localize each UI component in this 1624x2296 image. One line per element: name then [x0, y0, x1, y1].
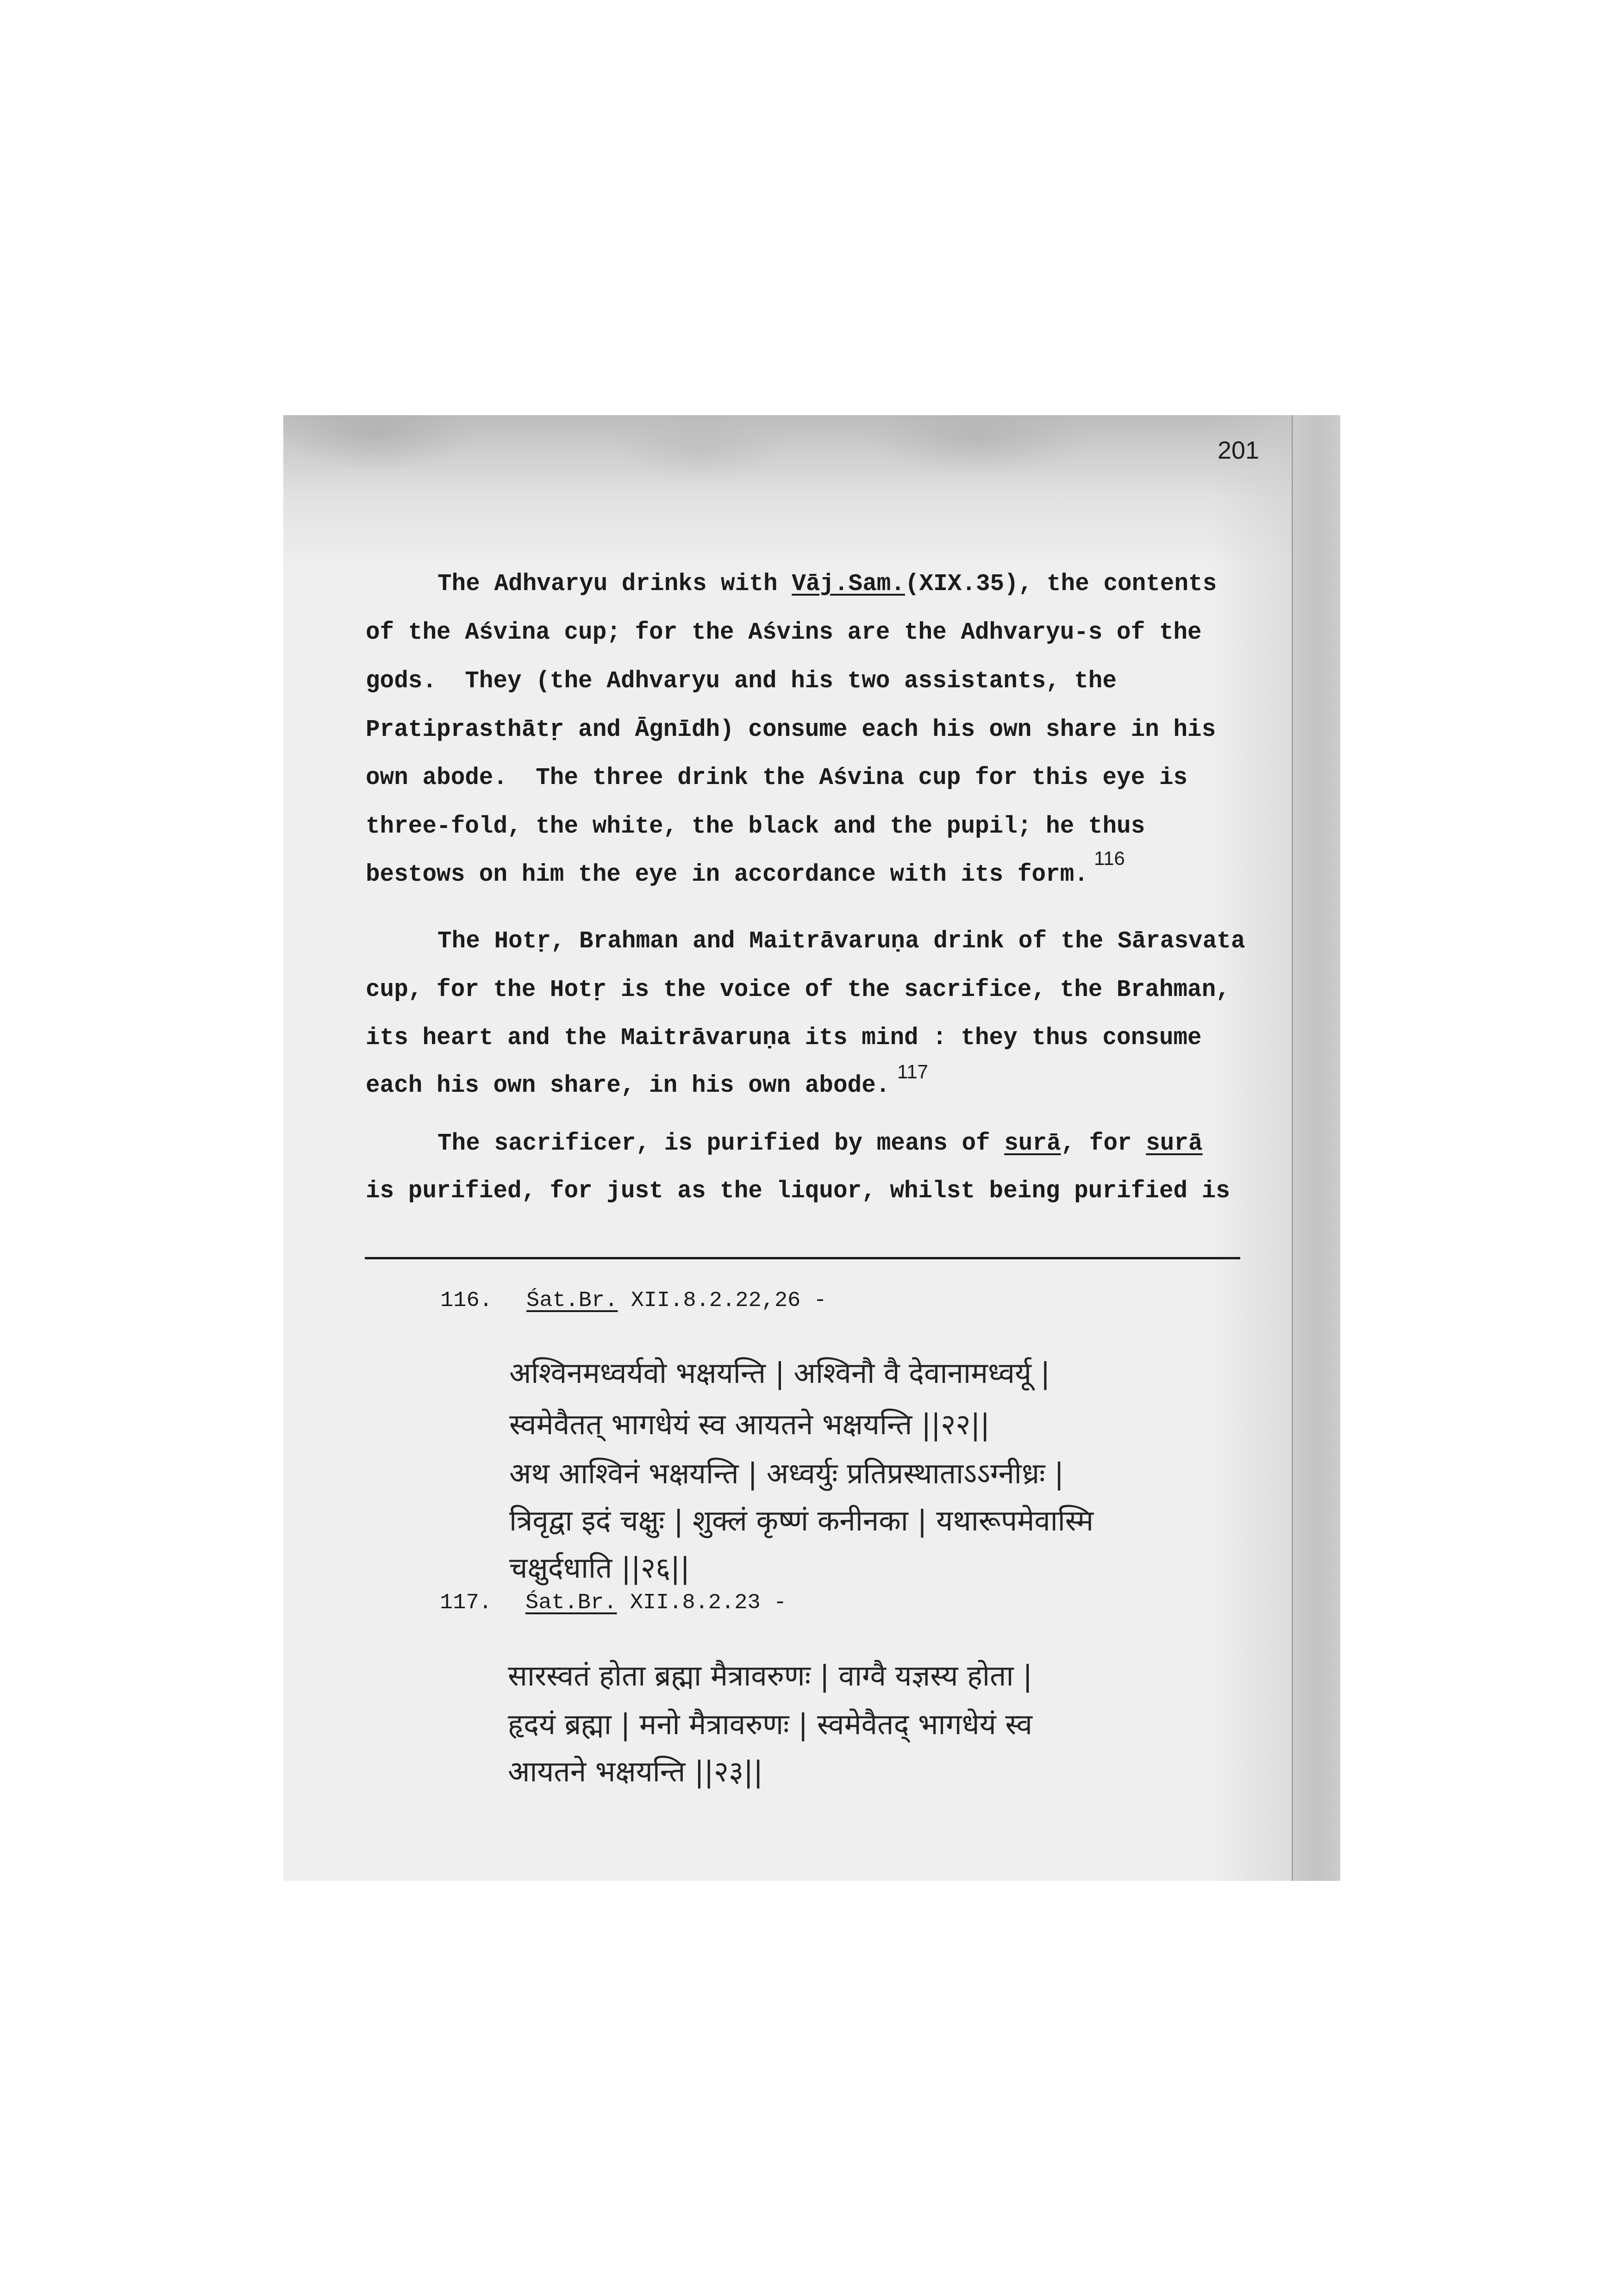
sanskrit-line: अश्विनमध्वर्यवो भक्षयन्ति | अश्विनौ वै द… — [509, 1349, 1050, 1397]
source-reference: XII.8.2.22,26 - — [618, 1288, 826, 1313]
footnote-citation: Śat.Br. XII.8.2.22,26 - — [526, 1290, 827, 1312]
footnote-number: 117. — [440, 1592, 492, 1614]
sanskrit-line: त्रिवृद्वा इदं चक्षुः | शुक्लं कृष्णं कन… — [509, 1497, 1093, 1545]
footnote-separator — [365, 1257, 1240, 1259]
source-reference: XII.8.2.23 - — [617, 1591, 787, 1615]
sanskrit-line: स्वमेवैतत् भागधेयं स्व आयतने भक्षयन्ति |… — [509, 1400, 990, 1449]
text-line: is purified, for just as the liquor, whi… — [366, 1180, 1230, 1203]
sanskrit-line: चक्षुर्दधाति ||२६|| — [509, 1544, 690, 1592]
term-sura: surā — [1004, 1131, 1061, 1157]
footnote-number: 116. — [440, 1290, 493, 1312]
footnote-citation: Śat.Br. XII.8.2.23 - — [525, 1592, 787, 1614]
text-line: bestows on him the eye in accordance wit… — [366, 863, 1088, 887]
source-abbrev: Śat.Br. — [526, 1288, 618, 1313]
footnote-marker-116[interactable]: 116 — [1094, 849, 1125, 868]
text-line: The sacrificer, is purified by means of … — [437, 1132, 1203, 1156]
sanskrit-line: अथ आश्विनं भक्षयन्ति | अध्वर्युः प्रतिप्… — [509, 1450, 1064, 1498]
text-line: The Hotṛ, Brahman and Maitrāvaruṇa drink… — [437, 930, 1245, 953]
text-line: cup, for the Hotṛ is the voice of the sa… — [366, 978, 1230, 1002]
scan-binding-strip — [1293, 415, 1340, 1881]
text-line: each his own share, in his own abode. — [366, 1074, 890, 1098]
text-segment: , for — [1061, 1131, 1146, 1157]
citation-vaj-sam: Vāj.Sam. — [792, 571, 905, 597]
scan-noise-top — [283, 415, 1340, 568]
scan-edge-line — [1292, 415, 1293, 1881]
sanskrit-line: हृदयं ब्रह्मा | मनो मैत्रावरुणः | स्वमेव… — [508, 1700, 1032, 1748]
text-segment: The Adhvaryu drinks with — [437, 571, 792, 597]
text-segment: (XIX.35), the contents — [905, 571, 1217, 597]
scan-shadow-right-fade — [1209, 415, 1293, 1881]
text-line: its heart and the Maitrāvaruṇa its mind … — [366, 1027, 1202, 1050]
footnote-marker-117[interactable]: 117 — [897, 1062, 928, 1082]
text-line: The Adhvaryu drinks with Vāj.Sam.(XIX.35… — [437, 572, 1217, 596]
text-line: three-fold, the white, the black and the… — [366, 815, 1145, 839]
page-number: 201 — [1218, 438, 1259, 463]
text-line: own abode. The three drink the Aśvina cu… — [366, 766, 1187, 790]
text-line: gods. They (the Adhvaryu and his two ass… — [366, 670, 1117, 693]
text-line: Pratiprasthātṛ and Āgnīdh) consume each … — [366, 718, 1216, 742]
source-abbrev: Śat.Br. — [525, 1591, 617, 1615]
sanskrit-line: सारस्वतं होता ब्रह्मा मैत्रावरुणः | वाग्… — [508, 1652, 1032, 1700]
term-sura: surā — [1146, 1131, 1202, 1157]
text-line: of the Aśvina cup; for the Aśvins are th… — [366, 621, 1202, 645]
sanskrit-line: आयतने भक्षयन्ति ||२३|| — [508, 1748, 763, 1796]
text-segment: The sacrificer, is purified by means of — [437, 1131, 1004, 1157]
